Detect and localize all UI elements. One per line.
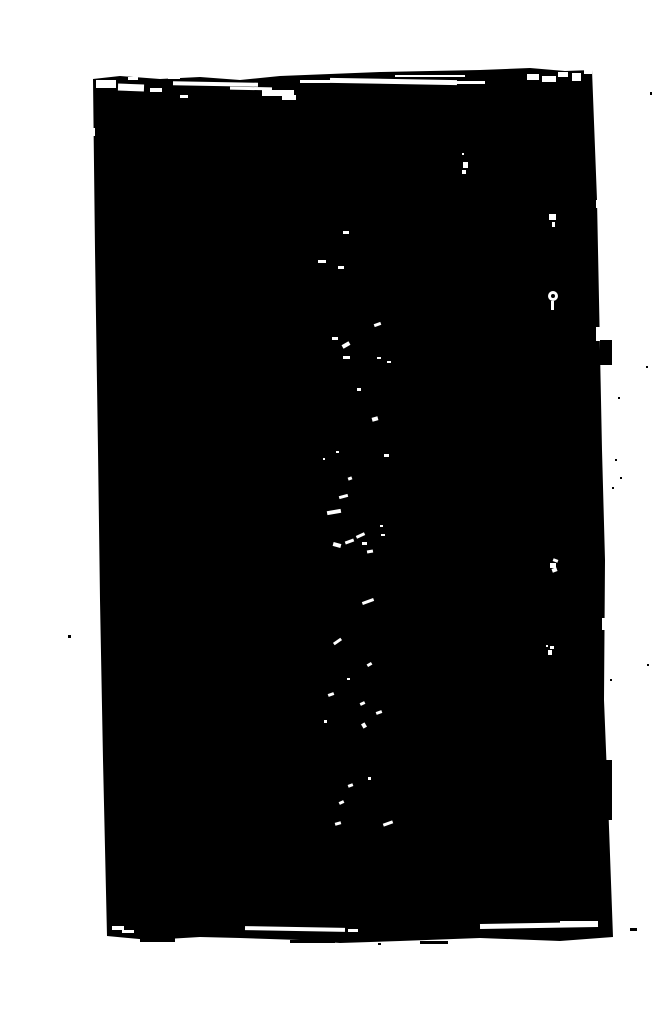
photo-black-area (93, 68, 613, 943)
scanned-photo-svg (0, 0, 656, 1024)
scanned-page (0, 0, 656, 1024)
